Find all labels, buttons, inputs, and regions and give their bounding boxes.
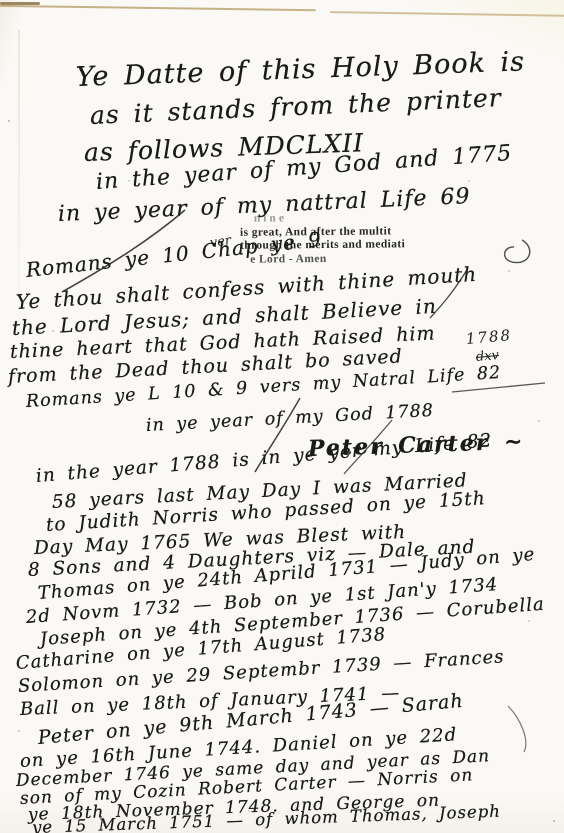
marginal-note-year-1788: 1788 (465, 326, 513, 348)
handwritten-line: in ye year of my God 1788 (145, 401, 434, 436)
scanned-manuscript-page: Ye Datte of this Holy Book is as it stan… (0, 0, 564, 833)
scan-speckles (8, 120, 10, 122)
scan-edge-artifact (0, 5, 316, 11)
printed-text-line: nine (254, 211, 405, 226)
scan-edge-artifact (0, 2, 40, 5)
pen-flourish (505, 240, 530, 263)
pen-flourish (508, 706, 526, 752)
scan-edge-artifact (330, 11, 564, 17)
